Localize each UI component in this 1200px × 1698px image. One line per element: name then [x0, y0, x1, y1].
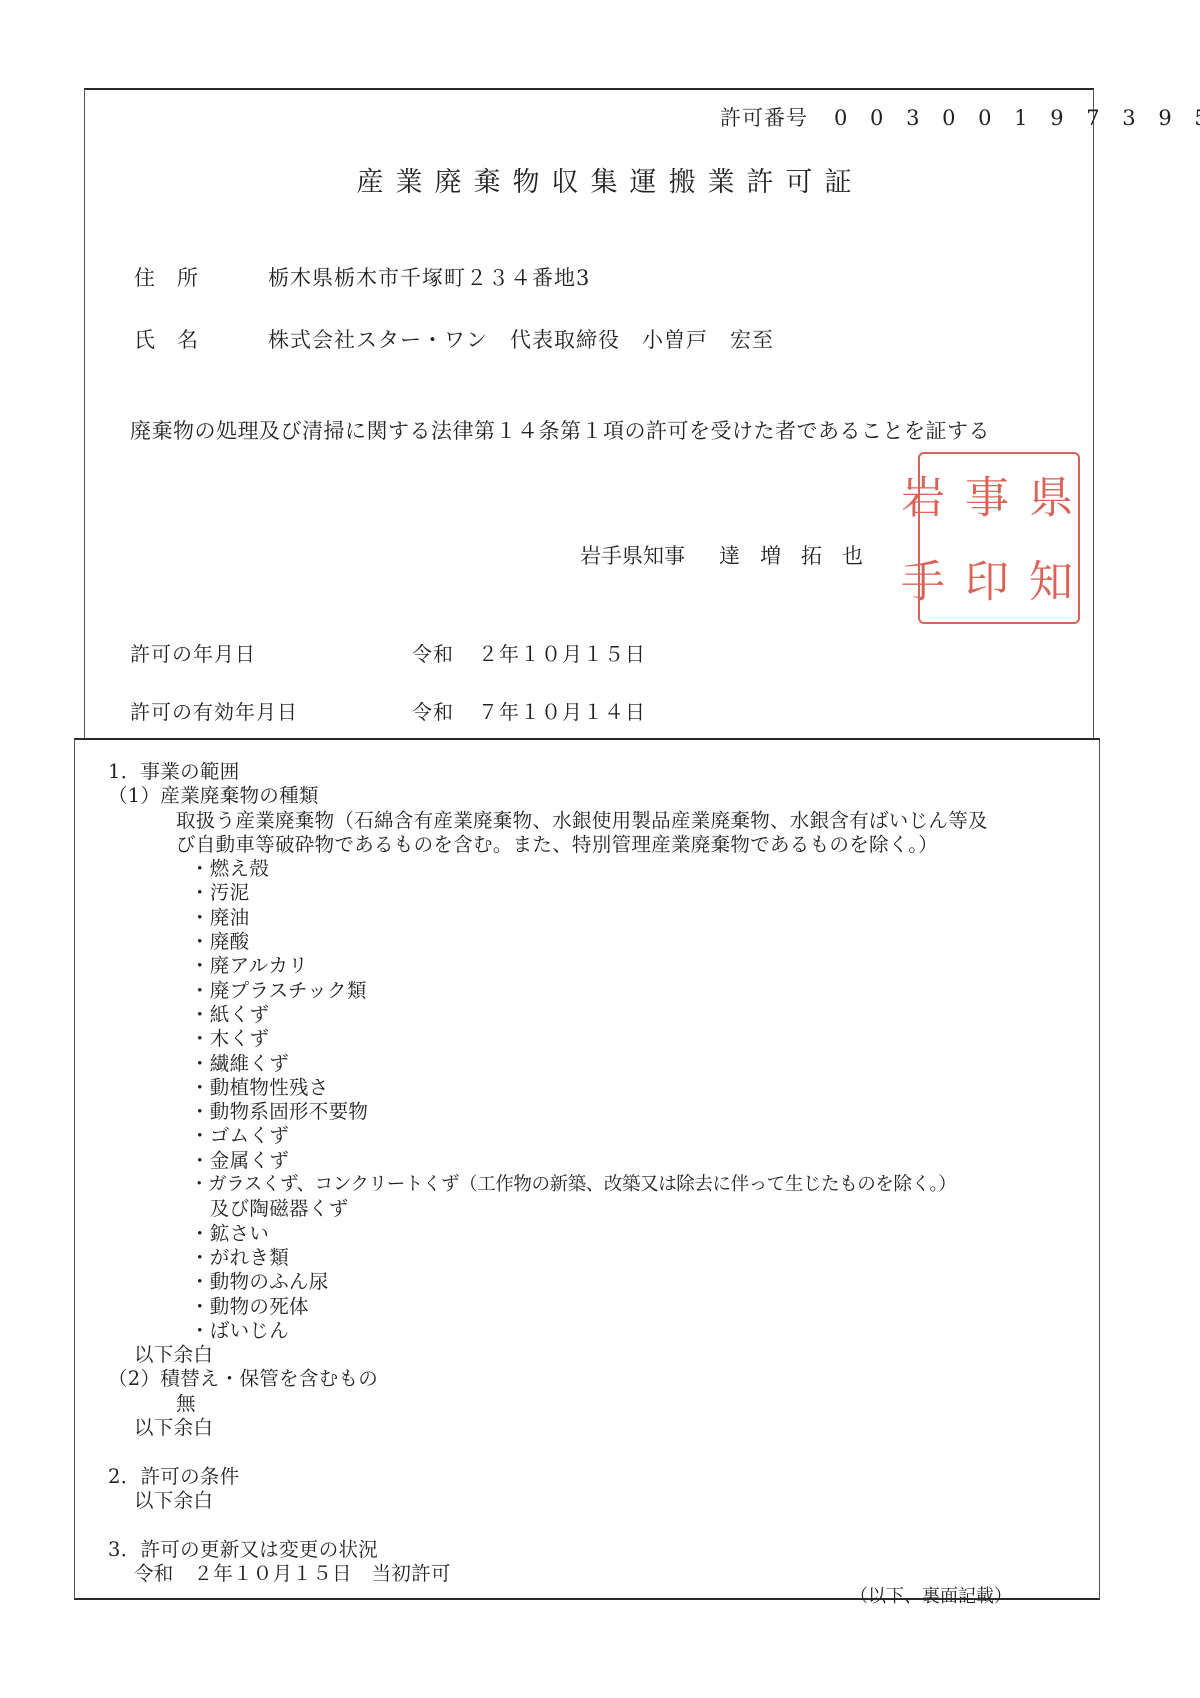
- waste-type-item: ・ガラスくず、コンクリートくず（工作物の新築、改築又は除去に伴って生じたものを除…: [108, 1173, 988, 1197]
- seal-char: 岩: [886, 454, 950, 538]
- subsection-1-heading: （1）産業廃棄物の種類: [108, 784, 988, 808]
- subsection-2-heading: （2）積替え・保管を含むもの: [108, 1367, 988, 1391]
- waste-type-item: ・がれき類: [108, 1246, 988, 1270]
- seal-char: 手: [886, 538, 950, 622]
- official-seal: 県 知 事 印 岩 手: [918, 452, 1080, 624]
- permit-date-value: ２年１０月１５日: [478, 642, 646, 666]
- section-2-value: 以下余白: [108, 1489, 988, 1513]
- name-value: 株式会社スター・ワン 代表取締役 小曽戸 宏至: [268, 324, 774, 354]
- waste-type-item: ・動物の死体: [108, 1295, 988, 1319]
- permit-date-era: 令和: [412, 642, 454, 666]
- section-2-heading: 2．許可の条件: [108, 1465, 988, 1489]
- waste-type-item: ・ゴムくず: [108, 1124, 988, 1148]
- waste-type-item: ・燃え殻: [108, 857, 988, 881]
- issuer: 岩手県知事達増拓也: [580, 540, 883, 570]
- waste-type-item: ・木くず: [108, 1027, 988, 1051]
- waste-type-item: ・動物のふん尿: [108, 1270, 988, 1294]
- address-label: 住所: [134, 262, 220, 292]
- waste-type-item: ・鉱さい: [108, 1222, 988, 1246]
- waste-type-item: ・動植物性残さ: [108, 1076, 988, 1100]
- waste-type-item: ・廃油: [108, 906, 988, 930]
- expiry-date-value: ７年１０月１４日: [478, 700, 646, 724]
- waste-type-item: ・廃酸: [108, 930, 988, 954]
- seal-char: 印: [950, 538, 1014, 622]
- seal-char: 知: [1014, 538, 1078, 622]
- permit-details: 1．事業の範囲 （1）産業廃棄物の種類 取扱う産業廃棄物（石綿含有産業廃棄物、水…: [108, 760, 988, 1586]
- reverse-side-note: （以下、裏面記載）: [850, 1582, 1012, 1608]
- waste-type-item: ・動物系固形不要物: [108, 1100, 988, 1124]
- expiry-date-label: 許可の有効年月日: [130, 696, 298, 725]
- issuer-name: 達増拓也: [719, 544, 883, 568]
- expiry-date: 令和７年１０月１４日: [412, 696, 646, 725]
- subsection-1-intro: 取扱う産業廃棄物（石綿含有産業廃棄物、水銀使用製品産業廃棄物、水銀含有ばいじん等…: [108, 809, 988, 833]
- waste-type-item: ・ばいじん: [108, 1319, 988, 1343]
- waste-type-item: 及び陶磁器くず: [108, 1197, 988, 1221]
- permit-date-label: 許可の年月日: [130, 638, 256, 667]
- subsection-2-value: 無: [108, 1392, 988, 1416]
- waste-type-item: ・廃プラスチック類: [108, 979, 988, 1003]
- subsection-1-intro: び自動車等破砕物であるものを含む。また、特別管理産業廃棄物であるものを除く。）: [108, 833, 988, 857]
- waste-type-list: ・燃え殻 ・汚泥 ・廃油 ・廃酸 ・廃アルカリ ・廃プラスチック類 ・紙くず ・…: [108, 857, 988, 1343]
- waste-type-item: ・紙くず: [108, 1003, 988, 1027]
- section-3-heading: 3．許可の更新又は変更の状況: [108, 1538, 988, 1562]
- subsection-2-end: 以下余白: [108, 1416, 988, 1440]
- permit-number: 許可番号0 0 3 0 0 1 9 7 3 9 5: [720, 102, 1200, 132]
- address-value: 栃木県栃木市千塚町２３４番地3: [268, 262, 590, 292]
- section-1-heading: 1．事業の範囲: [108, 760, 988, 784]
- permit-number-label: 許可番号: [720, 106, 808, 130]
- permit-date: 令和２年１０月１５日: [412, 638, 646, 667]
- seal-char: 県: [1014, 454, 1078, 538]
- waste-type-item: ・金属くず: [108, 1149, 988, 1173]
- subsection-1-end: 以下余白: [108, 1343, 988, 1367]
- seal-char: 事: [950, 454, 1014, 538]
- waste-type-item: ・廃アルカリ: [108, 954, 988, 978]
- certification-statement: 廃棄物の処理及び清掃に関する法律第１４条第１項の許可を受けた者であることを証する: [130, 415, 990, 445]
- permit-number-value: 0 0 3 0 0 1 9 7 3 9 5: [834, 106, 1200, 130]
- waste-type-item: ・繊維くず: [108, 1052, 988, 1076]
- expiry-date-era: 令和: [412, 700, 454, 724]
- waste-type-item: ・汚泥: [108, 881, 988, 905]
- document-title: 産業廃棄物収集運搬業許可証: [0, 160, 1200, 199]
- issuer-title: 岩手県知事: [580, 544, 685, 568]
- name-label: 氏名: [134, 324, 220, 354]
